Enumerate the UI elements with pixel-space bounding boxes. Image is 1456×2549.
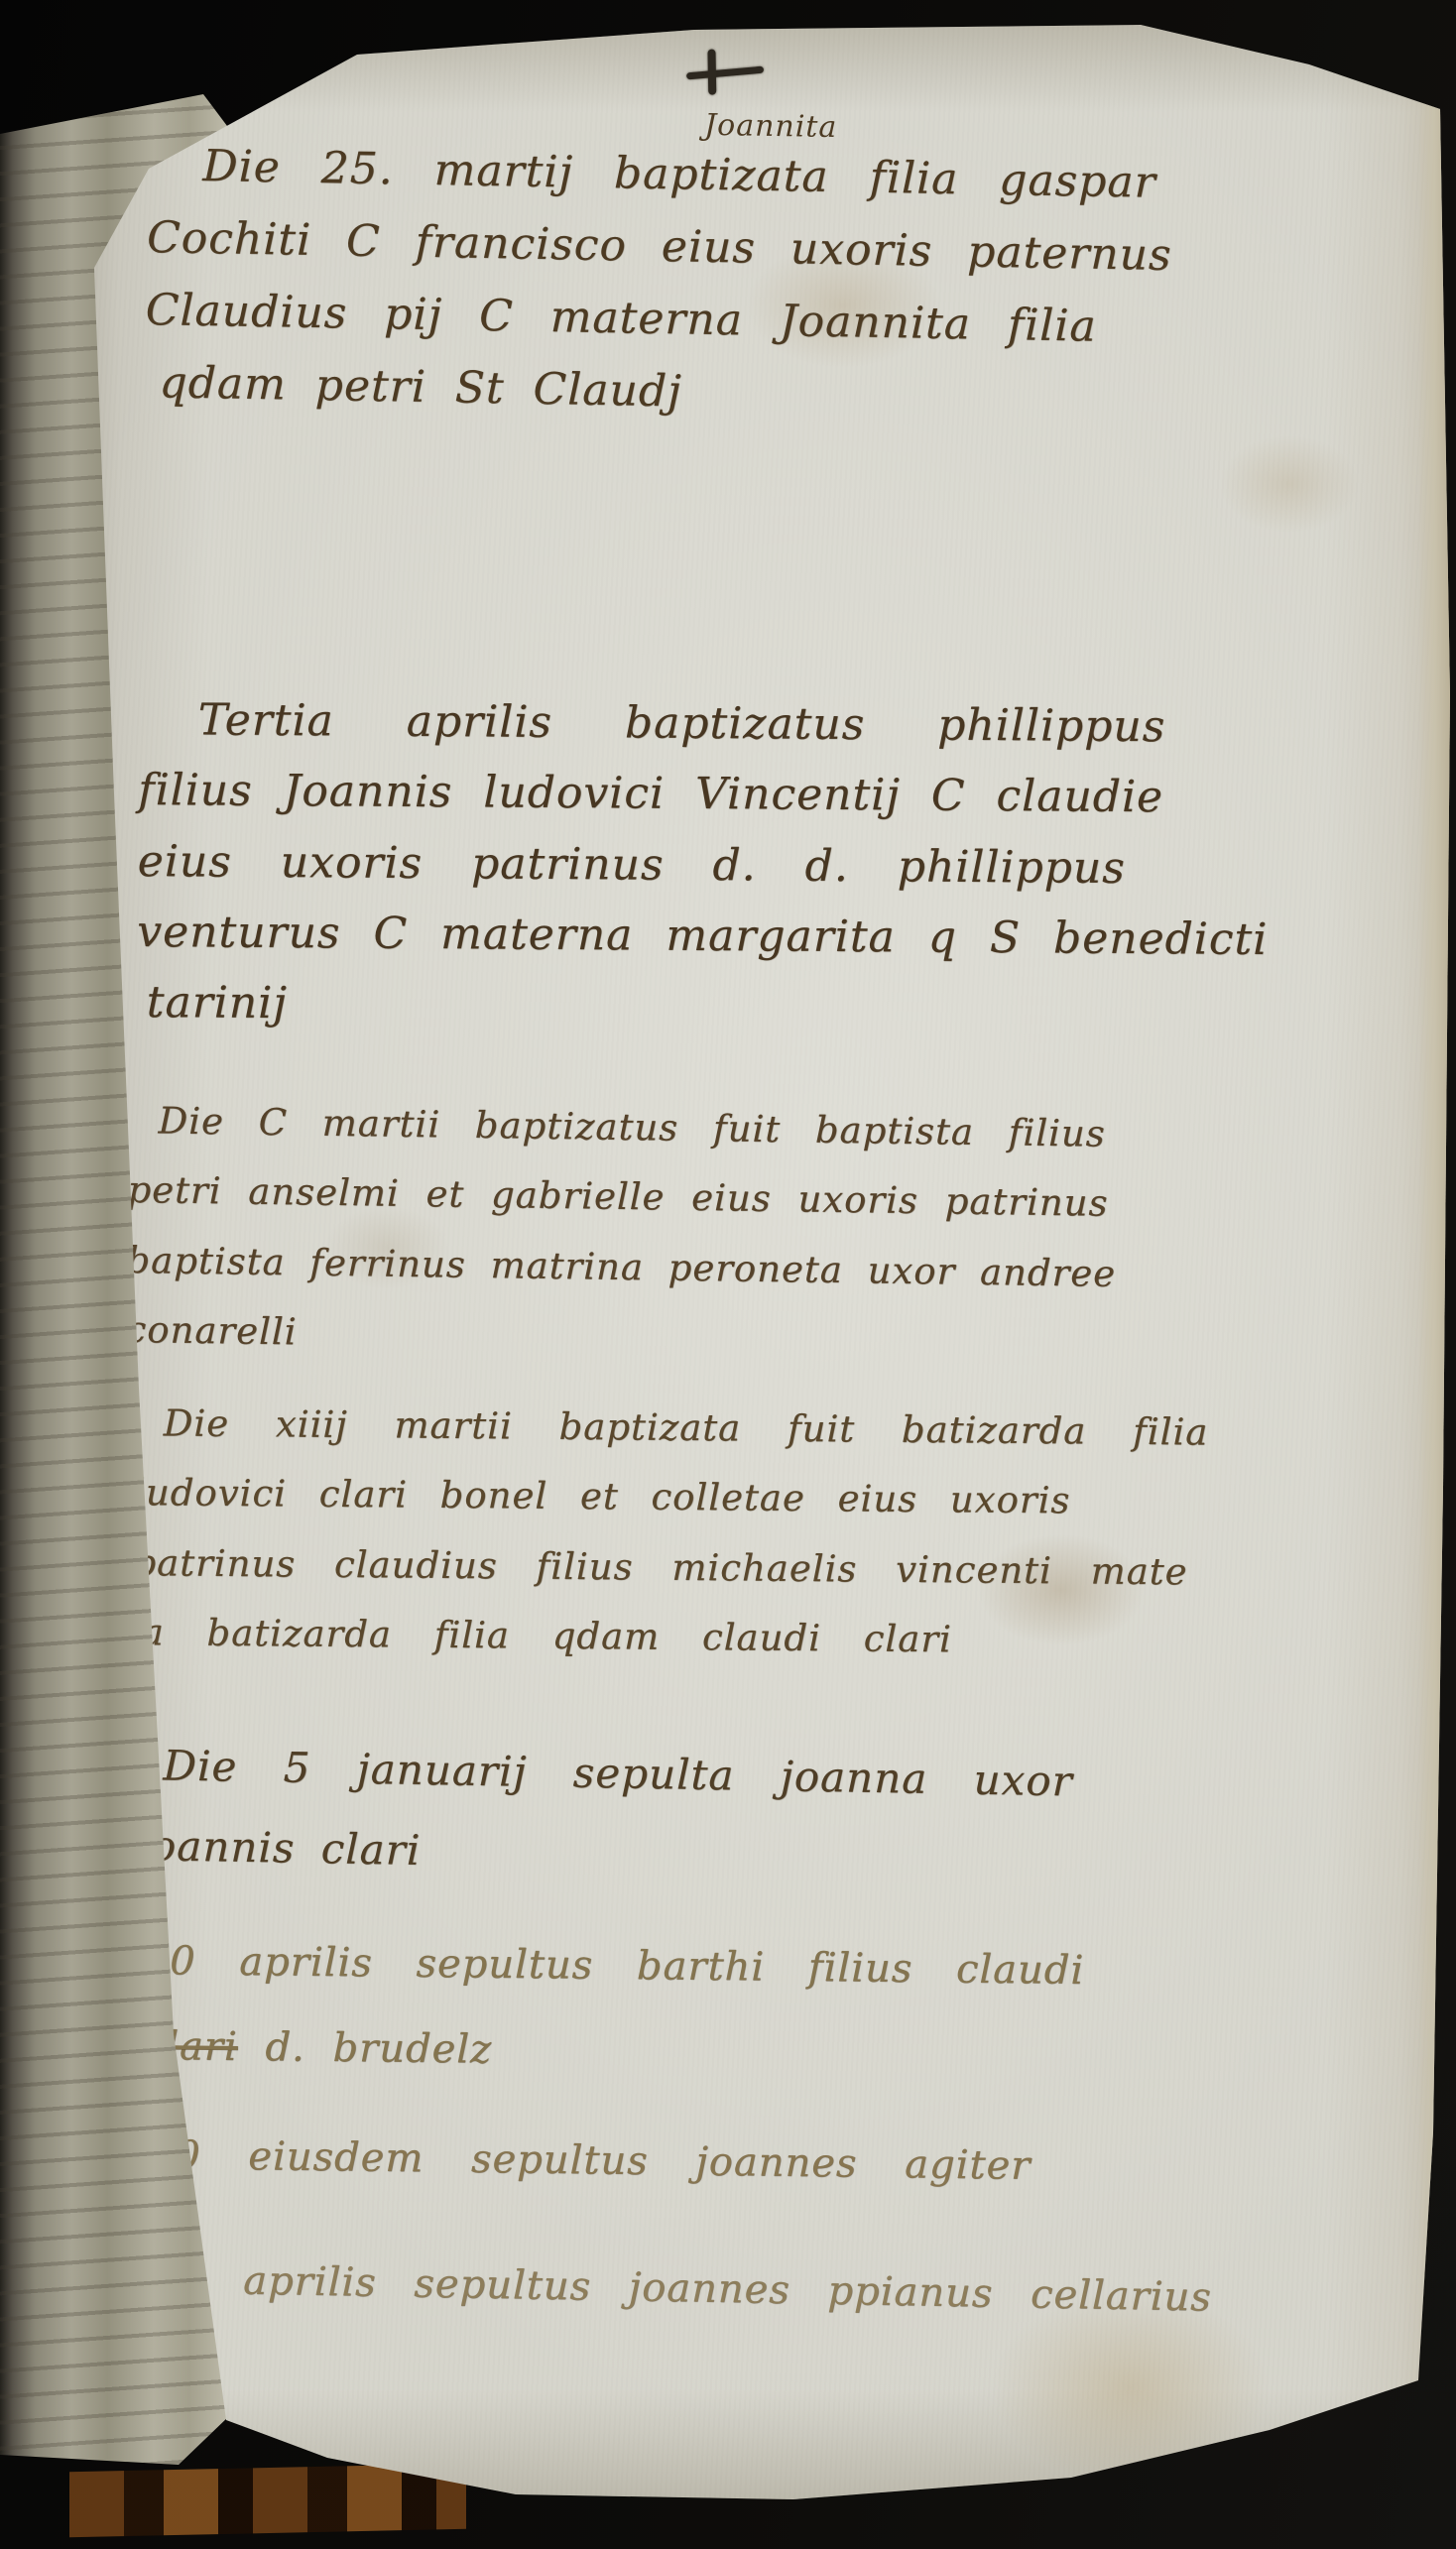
burial-entry-4: 23 aprilis sepultus joannes ppianus cell…	[153, 2256, 1212, 2321]
manuscript-line: tarinij	[147, 967, 1268, 1045]
manuscript-line: Die C martii baptizatus fuit baptista fi…	[158, 1086, 1119, 1169]
manuscript-line: joannis clari	[136, 1811, 1072, 1896]
manuscript-line: na batizarda filia qdam claudi clari	[117, 1598, 1207, 1677]
baptism-entry-4: Die xiiij martii baptizata fuit batizard…	[117, 1389, 1209, 1677]
photo-backdrop: Joannita Die 25. martij baptizata filia …	[0, 0, 1456, 2549]
manuscript-line: conarelli	[125, 1295, 1116, 1379]
wooden-table-edge	[69, 2464, 466, 2537]
manuscript-line: 23 aprilis sepultus joannes ppianus cell…	[153, 2256, 1212, 2321]
manuscript-line: patrinus claudius filius michaelis vince…	[132, 1528, 1207, 1608]
burial-entry-3: 20 eiusdem sepultus joannes agiter	[148, 2132, 1031, 2189]
burial-entry-1: Die 5 januarij sepulta joanna uxor joann…	[136, 1731, 1073, 1896]
manuscript-line: ludovici clari bonel et colletae eius ux…	[133, 1458, 1208, 1537]
manuscript-page: Joannita Die 25. martij baptizata filia …	[60, 18, 1454, 2503]
baptism-entry-2: Tertia aprilis baptizatus phillippus fil…	[137, 684, 1270, 1045]
baptism-entry-3: Die C martii baptizatus fuit baptista fi…	[125, 1086, 1118, 1379]
burial-entry-2: 10 aprilis sepultus barthi filius claudi…	[142, 1929, 1084, 2088]
page-right-edge	[1418, 18, 1454, 2503]
baptism-entry-1: Joannita Die 25. martij baptizata filia …	[144, 129, 1174, 436]
manuscript-line: 10 aprilis sepultus barthi filius claudi	[143, 1929, 1084, 2003]
manuscript-line: Tertia aprilis baptizatus phillippus	[198, 684, 1270, 763]
manuscript-line-continuation: d. brudelz	[237, 2024, 492, 2073]
manuscript-line: petri anselmi et gabrielle eius uxoris p…	[127, 1155, 1118, 1239]
manuscript-line: filius Joannis ludovici Vincentij C clau…	[138, 755, 1269, 833]
manuscript-line: 20 eiusdem sepultus joannes agiter	[148, 2132, 1031, 2189]
manuscript-line: clari d. brudelz	[142, 2014, 1083, 2088]
manuscript-line: eius uxoris patrinus d. d. phillippus	[138, 826, 1269, 905]
manuscript-line: venturus C materna margarita q S benedic…	[137, 897, 1268, 975]
manuscript-line: Die 5 januarij sepulta joanna uxor	[163, 1731, 1074, 1815]
manuscript-line: Die xiiij martii baptizata fuit batizard…	[163, 1389, 1208, 1467]
cross-mark-icon	[679, 43, 770, 102]
interlinear-insertion: Joannita	[704, 101, 838, 153]
